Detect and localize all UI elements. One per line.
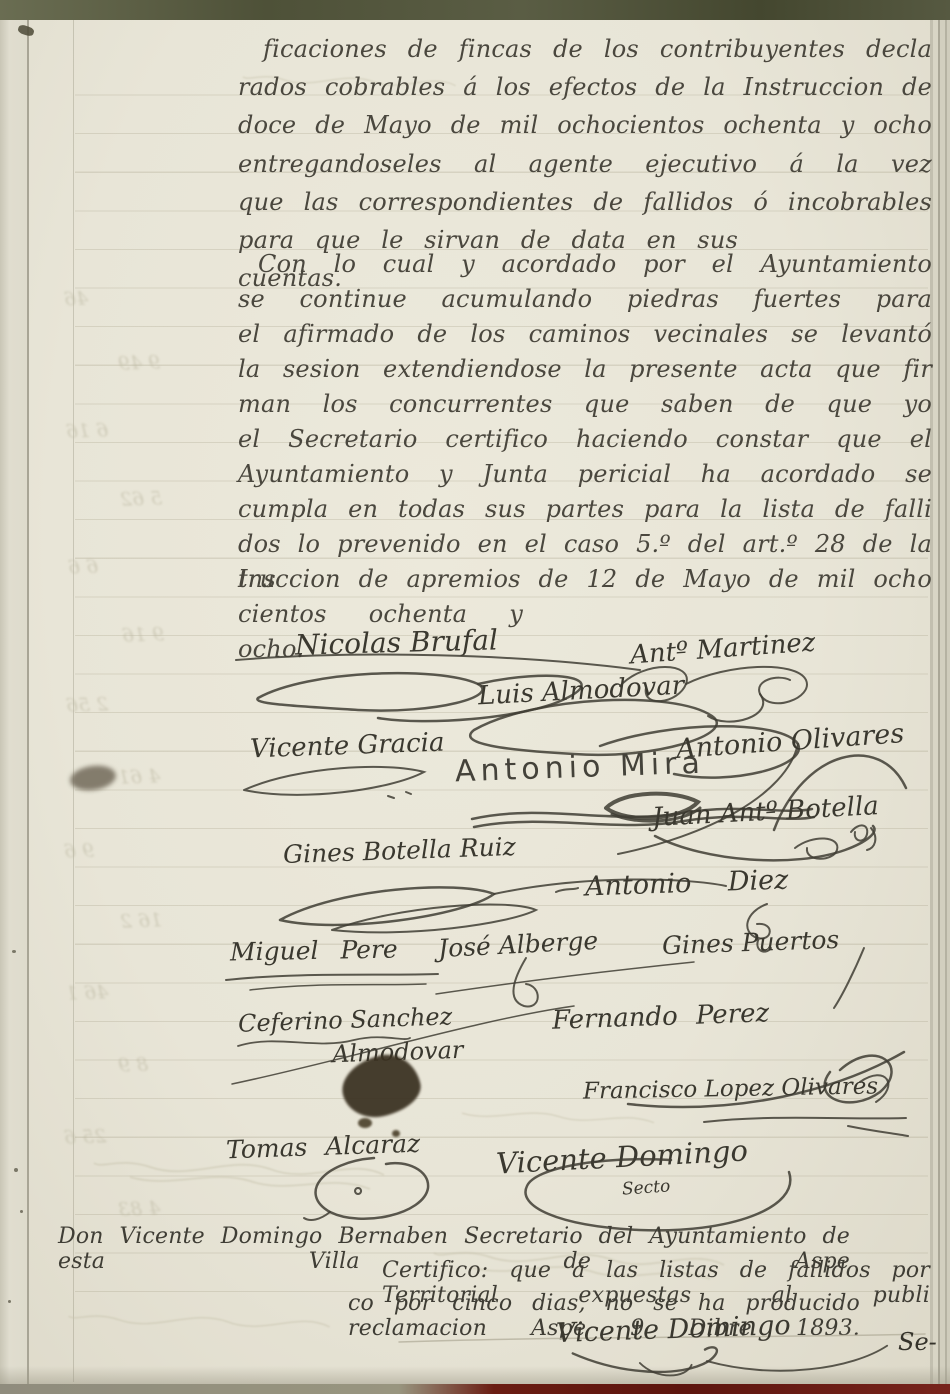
showthrough-mark: 6 16 (66, 419, 109, 442)
showthrough-mark: 46 (64, 288, 89, 311)
speck (12, 950, 16, 953)
signature-francisco-lopez-olivares: Francisco Lopez Olivares (583, 1073, 879, 1104)
flourish (238, 758, 433, 808)
text-line: ficaciones de fincas de los contribuyent… (263, 30, 932, 68)
text-line: Con lo cual y acordado por el Ayuntamien… (258, 247, 932, 282)
text-line: se continue acumulando piedras fuertes p… (238, 282, 932, 317)
text-line: cumpla en todas sus partes para la lista… (238, 492, 932, 527)
showthrough-mark: 9 16 (122, 623, 165, 646)
showthrough-mark: 16 2 (120, 909, 163, 932)
showthrough-mark: 8 9 (118, 1053, 149, 1076)
signature-gines-puertos: Gines Puertos (662, 925, 840, 960)
showthrough-mark: 9 6 (64, 839, 95, 862)
flourish (552, 884, 582, 896)
paragraph-2: Con lo cual y acordado por el Ayuntamien… (238, 247, 932, 632)
text-line: man los concurrentes que saben de que yo (238, 387, 932, 422)
showthrough-mark: 46 1 (66, 981, 109, 1004)
text-line: la sesion extendiendose la presente acta… (238, 352, 932, 387)
flourish (220, 968, 445, 996)
flourish (828, 942, 873, 1014)
showthrough-mark: 2 56 (66, 693, 109, 716)
text-line: el afirmado de los caminos vecinales se … (238, 317, 932, 352)
book-cover-edge-top (0, 0, 950, 20)
ink-blot-drip (358, 1118, 372, 1128)
text-line: el Secretario certifico haciendo constar… (238, 422, 932, 457)
text-line: doce de Mayo de mil ochocientos ochenta … (238, 106, 932, 144)
catchword: Se- (898, 1328, 937, 1356)
speck (20, 1210, 23, 1213)
text-line: que las correspondientes de fallidos ó i… (238, 183, 932, 221)
page-stack-edge-right (930, 10, 950, 1385)
showthrough-mark: 4 61 (118, 765, 161, 788)
text-line: Ayuntamiento y Junta pericial ha acordad… (238, 457, 932, 492)
flourish (556, 1340, 901, 1386)
flourish (288, 1152, 453, 1227)
text-line: rados cobrables á los efectos de la Inst… (238, 68, 932, 106)
showthrough-mark: 4 83 (118, 1197, 161, 1220)
paragraph-1: ficaciones de fincas de los contribuyent… (238, 30, 932, 259)
ink-blot-drip (392, 1130, 400, 1137)
text-line: truccion de apremios de 12 de Mayo de mi… (238, 562, 932, 597)
text-line: dos lo prevenido en el caso 5.º del art.… (238, 527, 932, 562)
showthrough-mark: 6 6 (68, 555, 99, 578)
showthrough-script (60, 1300, 340, 1345)
signature-miguel-pere: Miguel Pere (230, 935, 398, 967)
scanned-book-page: 46 9 49 6 16 5 62 6 6 9 16 2 56 4 61 9 6… (0, 0, 950, 1394)
speck (8, 1300, 11, 1303)
text-line: entregandoseles al agente ejecutivo á la… (238, 145, 932, 183)
showthrough-mark: 9 49 (118, 351, 161, 374)
showthrough-mark: 5 62 (120, 487, 163, 510)
speck (14, 1168, 18, 1172)
previous-page-edge (0, 12, 29, 1384)
